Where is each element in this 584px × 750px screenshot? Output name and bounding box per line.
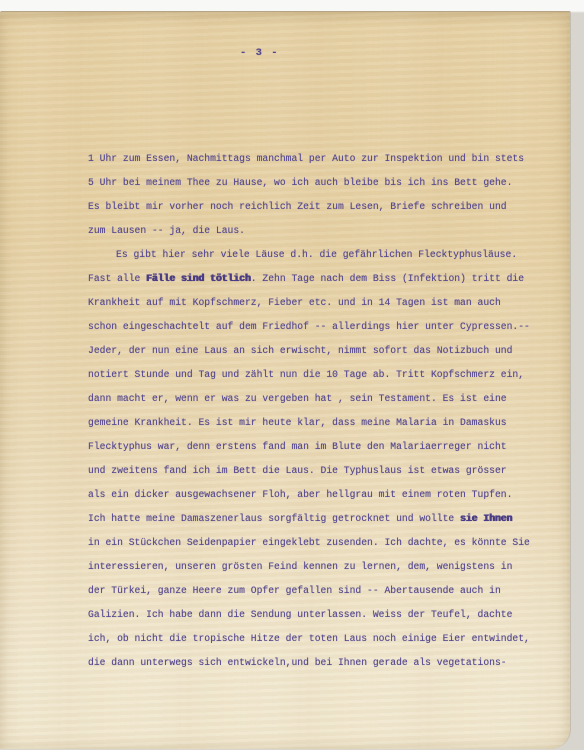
text-line: Ich hatte meine Damaszenerlaus sorgfälti… xyxy=(88,507,536,531)
text-segment: als ein dicker ausgewachsener Floh, aber… xyxy=(88,489,512,500)
text-line: dann macht er, wenn er was zu vergeben h… xyxy=(88,387,536,411)
text-segment: Es gibt hier sehr viele Läuse d.h. die g… xyxy=(116,249,517,260)
text-segment: Es bleibt mir vorher noch reichlich Zeit… xyxy=(88,201,507,212)
text-segment: sie Ihnen xyxy=(460,513,512,524)
page-number: - 3 - xyxy=(240,47,279,59)
text-line: als ein dicker ausgewachsener Floh, aber… xyxy=(88,483,536,507)
text-line: Es bleibt mir vorher noch reichlich Zeit… xyxy=(88,195,536,219)
text-line: Fast alle Fälle sind tötlich. Zehn Tage … xyxy=(88,267,536,291)
text-line: Krankheit auf mit Kopfschmerz, Fieber et… xyxy=(88,291,536,315)
text-segment: 5 Uhr bei meinem Thee zu Hause, wo ich a… xyxy=(88,177,512,188)
typewritten-text: 1 Uhr zum Essen, Nachmittags manchmal pe… xyxy=(88,147,536,675)
text-segment: und zweitens fand ich im Bett die Laus. … xyxy=(88,465,507,476)
text-line: gemeine Krankheit. Es ist mir heute klar… xyxy=(88,411,536,435)
text-segment: schon eingeschachtelt auf dem Friedhof -… xyxy=(88,321,530,332)
text-segment: in ein Stückchen Seidenpapier eingeklebt… xyxy=(88,537,530,548)
text-segment: interessieren, unseren grösten Feind ken… xyxy=(88,561,512,572)
text-line: Galizien. Ich habe dann die Sendung unte… xyxy=(88,603,536,627)
document-page: - 3 - 1 Uhr zum Essen, Nachmittags manch… xyxy=(0,11,571,749)
text-line: ich, ob nicht die tropische Hitze der to… xyxy=(88,627,536,651)
text-segment: Krankheit auf mit Kopfschmerz, Fieber et… xyxy=(88,297,501,308)
text-segment: der Türkei, ganze Heere zum Opfer gefall… xyxy=(88,585,501,596)
text-line: Es gibt hier sehr viele Läuse d.h. die g… xyxy=(88,243,536,267)
text-line: in ein Stückchen Seidenpapier eingeklebt… xyxy=(88,531,536,555)
text-segment: dann macht er, wenn er was zu vergeben h… xyxy=(88,393,507,404)
text-line: die dann unterwegs sich entwickeln,und b… xyxy=(88,651,536,675)
text-line: 1 Uhr zum Essen, Nachmittags manchmal pe… xyxy=(88,147,536,171)
text-segment: Flecktyphus war, denn erstens fand man i… xyxy=(88,441,507,452)
text-line: der Türkei, ganze Heere zum Opfer gefall… xyxy=(88,579,536,603)
text-segment: notiert Stunde und Tag und zählt nun die… xyxy=(88,369,524,380)
text-segment: gemeine Krankheit. Es ist mir heute klar… xyxy=(88,417,507,428)
text-segment: Ich hatte meine Damaszenerlaus sorgfälti… xyxy=(88,513,460,524)
scan-backdrop: - 3 - 1 Uhr zum Essen, Nachmittags manch… xyxy=(0,0,584,750)
text-segment: zum Lausen -- ja, die Laus. xyxy=(88,225,245,236)
text-segment: Galizien. Ich habe dann die Sendung unte… xyxy=(88,609,512,620)
text-line: interessieren, unseren grösten Feind ken… xyxy=(88,555,536,579)
text-segment: ich, ob nicht die tropische Hitze der to… xyxy=(88,633,530,644)
text-line: notiert Stunde und Tag und zählt nun die… xyxy=(88,363,536,387)
text-line: zum Lausen -- ja, die Laus. xyxy=(88,219,536,243)
text-line: und zweitens fand ich im Bett die Laus. … xyxy=(88,459,536,483)
text-segment: . Zehn Tage nach dem Biss (Infektion) tr… xyxy=(251,273,524,284)
text-segment: Jeder, der nun eine Laus an sich erwisch… xyxy=(88,345,512,356)
text-segment: 1 Uhr zum Essen, Nachmittags manchmal pe… xyxy=(88,153,524,164)
text-line: Flecktyphus war, denn erstens fand man i… xyxy=(88,435,536,459)
text-segment: Fast alle xyxy=(88,273,146,284)
text-line: 5 Uhr bei meinem Thee zu Hause, wo ich a… xyxy=(88,171,536,195)
text-line: schon eingeschachtelt auf dem Friedhof -… xyxy=(88,315,536,339)
text-segment: Fälle sind tötlich xyxy=(146,273,251,284)
text-segment: die dann unterwegs sich entwickeln,und b… xyxy=(88,657,507,668)
text-line: Jeder, der nun eine Laus an sich erwisch… xyxy=(88,339,536,363)
